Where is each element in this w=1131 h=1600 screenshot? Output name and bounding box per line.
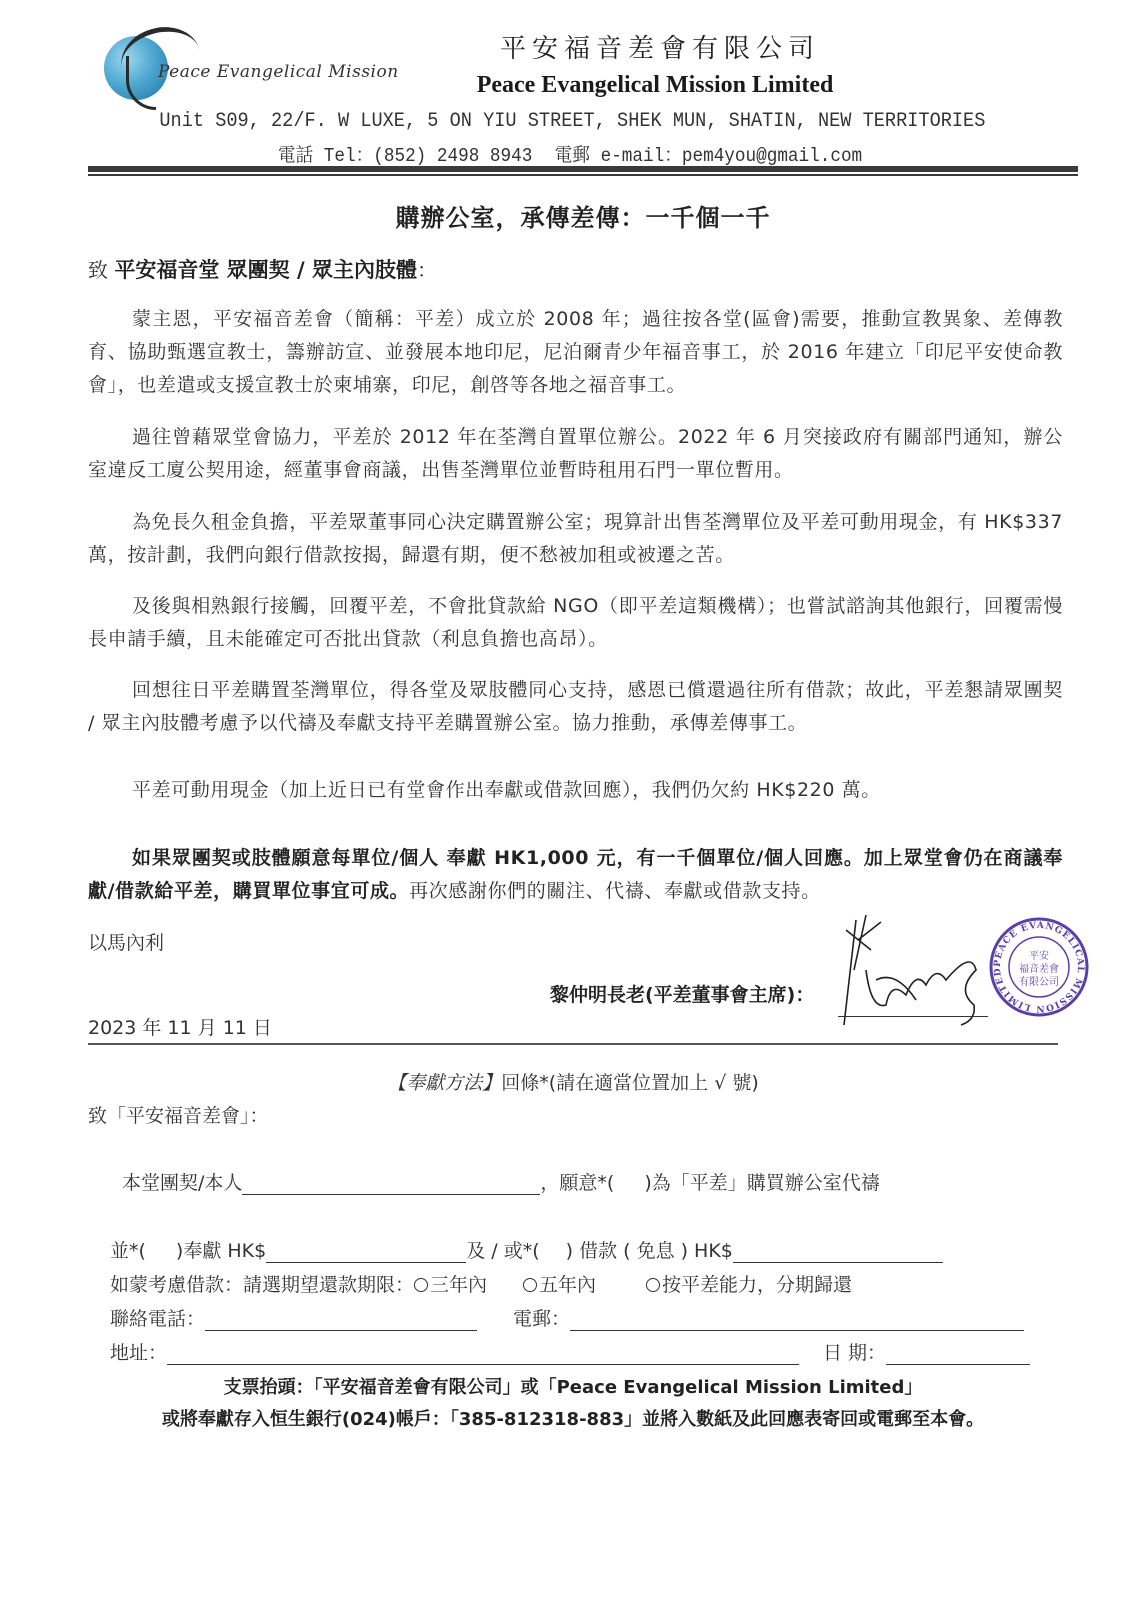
phone-field[interactable] [205, 1311, 477, 1331]
company-seal-icon: PEACE EVANGELICAL MISSION LIMITED ✱ 平安 福… [988, 916, 1090, 1018]
donation-amount-field[interactable] [266, 1243, 466, 1263]
radio-five-years[interactable]: 五年內 [523, 1270, 596, 1297]
paragraph-bank-loan: 及後與相熟銀行接觸，回覆平差，不會批貸款給 NGO（即平差這類機構）；也嘗試諮詢… [88, 590, 1063, 656]
svg-text:平安: 平安 [1029, 949, 1049, 962]
date-field[interactable] [886, 1345, 1030, 1365]
paragraph-purchase-plan: 為免長久租金負擔，平差眾董事同心決定購置辦公室；現算計出售荃灣單位及平差可動用現… [88, 506, 1063, 572]
and-or-label: 及 / 或*( [466, 1236, 539, 1263]
willing-label: ，願意*( [540, 1168, 614, 1195]
group-name-label: 本堂團契/本人 [122, 1168, 242, 1195]
radio-circle-icon [523, 1278, 537, 1292]
reply-slip-method: 【奉獻方法】 [387, 1072, 501, 1094]
radio-label: 按平差能力，分期歸還 [662, 1274, 852, 1296]
paragraph-history: 蒙主恩，平安福音差會（簡稱：平差）成立於 2008 年；過往按各堂(區會)需要，… [88, 303, 1063, 402]
donation-label: )奉獻 HK$ [176, 1236, 266, 1263]
prayer-commitment-row: 本堂團契/本人 ，願意*( )為「平差」購買辦公室代禱 [122, 1168, 880, 1195]
header-rule-thick [88, 166, 1078, 172]
phone-label: 聯絡電話： [110, 1304, 205, 1331]
svg-text:福音差會: 福音差會 [1019, 962, 1059, 975]
salutation-suffix: ： [417, 258, 437, 282]
address-label: 地址： [110, 1338, 167, 1365]
and-label: 並*( [110, 1236, 146, 1263]
tel-label: 電話 Tel： [278, 145, 373, 167]
email-label: 電郵 e-mail： [555, 145, 682, 167]
paragraph-shortfall: 平差可動用現金（加上近日已有堂會作出奉獻或借款回應），我們仍欠約 HK$220 … [88, 774, 1063, 807]
header-rule-thin [88, 174, 1078, 176]
paragraph-appeal: 回想往日平差購置荃灣單位，得各堂及眾肢體同心支持，感恩已償還過往所有借款；故此，… [88, 674, 1063, 740]
tel-number: (852) 2498 8943 [373, 145, 532, 167]
cheque-payee: 支票抬頭：「平安福音差會有限公司」或「Peace Evangelical Mis… [88, 1373, 1058, 1399]
address-field[interactable] [167, 1345, 799, 1365]
donation-loan-row: 並*( )奉獻 HK$ 及 / 或*( ) 借款 ( 免息 ) HK$ [110, 1236, 943, 1263]
salutation-prefix: 致 [88, 258, 108, 282]
address-date-row: 地址： 日 期： [110, 1338, 1030, 1365]
radio-circle-icon [646, 1278, 660, 1292]
org-contact: 電話 Tel：(852) 2498 8943電郵 e-mail：pem4you@… [263, 140, 877, 167]
letter-date: 2023 年 11 月 11 日 [88, 1013, 272, 1040]
logo-p-stroke [126, 56, 156, 110]
logo-text: Peace Evangelical Mission [158, 62, 399, 82]
letter-title: 購辦公室，承傳差傳：一千個一千 [88, 198, 1078, 233]
paragraph-call-to-action: 如果眾團契或肢體願意每單位/個人 奉獻 HK1,000 元，有一千個單位/個人回… [88, 842, 1063, 908]
slip-divider [88, 1043, 1058, 1045]
radio-label: 三年內 [430, 1274, 487, 1296]
repayment-term-row: 如蒙考慮借款：請選期望還款期限： 三年內 五年內 按平差能力，分期歸還 [110, 1270, 852, 1297]
org-logo: Peace Evangelical Mission [100, 28, 400, 98]
radio-three-years[interactable]: 三年內 [414, 1270, 487, 1297]
contact-row: 聯絡電話： 電郵： [110, 1304, 1024, 1331]
email-label: 電郵： [513, 1304, 570, 1331]
signer-name: 黎仲明長老(平差董事會主席)： [550, 980, 814, 1007]
reply-slip-recipient: 致「平安福音差會」： [88, 1101, 269, 1128]
repayment-term-label: 如蒙考慮借款：請選期望還款期限： [110, 1270, 414, 1297]
appeal-thanks-text: 再次感謝你們的關注、代禱、奉獻或借款支持。 [409, 880, 821, 902]
bank-account-info: 或將奉獻存入恒生銀行(024)帳戶：「385-812318-883」並將入數紙及… [88, 1405, 1058, 1431]
org-name-chinese: 平安福音差會有限公司 [460, 28, 860, 65]
signature-icon [836, 910, 986, 1030]
radio-label: 五年內 [539, 1274, 596, 1296]
loan-label: ) 借款 ( 免息 ) HK$ [566, 1236, 733, 1263]
date-label: 日 期： [823, 1338, 886, 1365]
closing-greeting: 以馬內利 [88, 928, 164, 955]
paragraph-office-notice: 過往曾藉眾堂會協力，平差於 2012 年在荃灣自置單位辦公。2022 年 6 月… [88, 421, 1063, 487]
prayer-label: )為「平差」購買辦公室代禱 [644, 1168, 879, 1195]
radio-circle-icon [414, 1278, 428, 1292]
salutation-recipient: 平安福音堂 眾團契 / 眾主內肢體 [114, 258, 417, 282]
org-name-english: Peace Evangelical Mission Limited [440, 72, 870, 99]
loan-amount-field[interactable] [733, 1243, 943, 1263]
svg-text:有限公司: 有限公司 [1019, 975, 1059, 988]
email-address: pem4you@gmail.com [682, 145, 862, 167]
reply-slip-title: 【奉獻方法】回條*(請在適當位置加上 √ 號) [88, 1068, 1058, 1095]
reply-slip-instruction: 回條*(請在適當位置加上 √ 號) [501, 1072, 759, 1094]
signature-line [838, 1016, 988, 1017]
group-name-field[interactable] [242, 1175, 540, 1195]
radio-by-capacity[interactable]: 按平差能力，分期歸還 [646, 1270, 852, 1297]
email-field[interactable] [570, 1311, 1024, 1331]
salutation: 致 平安福音堂 眾團契 / 眾主內肢體： [88, 254, 437, 284]
org-address: Unit S09, 22/F. W LUXE, 5 ON YIU STREET,… [159, 110, 940, 133]
